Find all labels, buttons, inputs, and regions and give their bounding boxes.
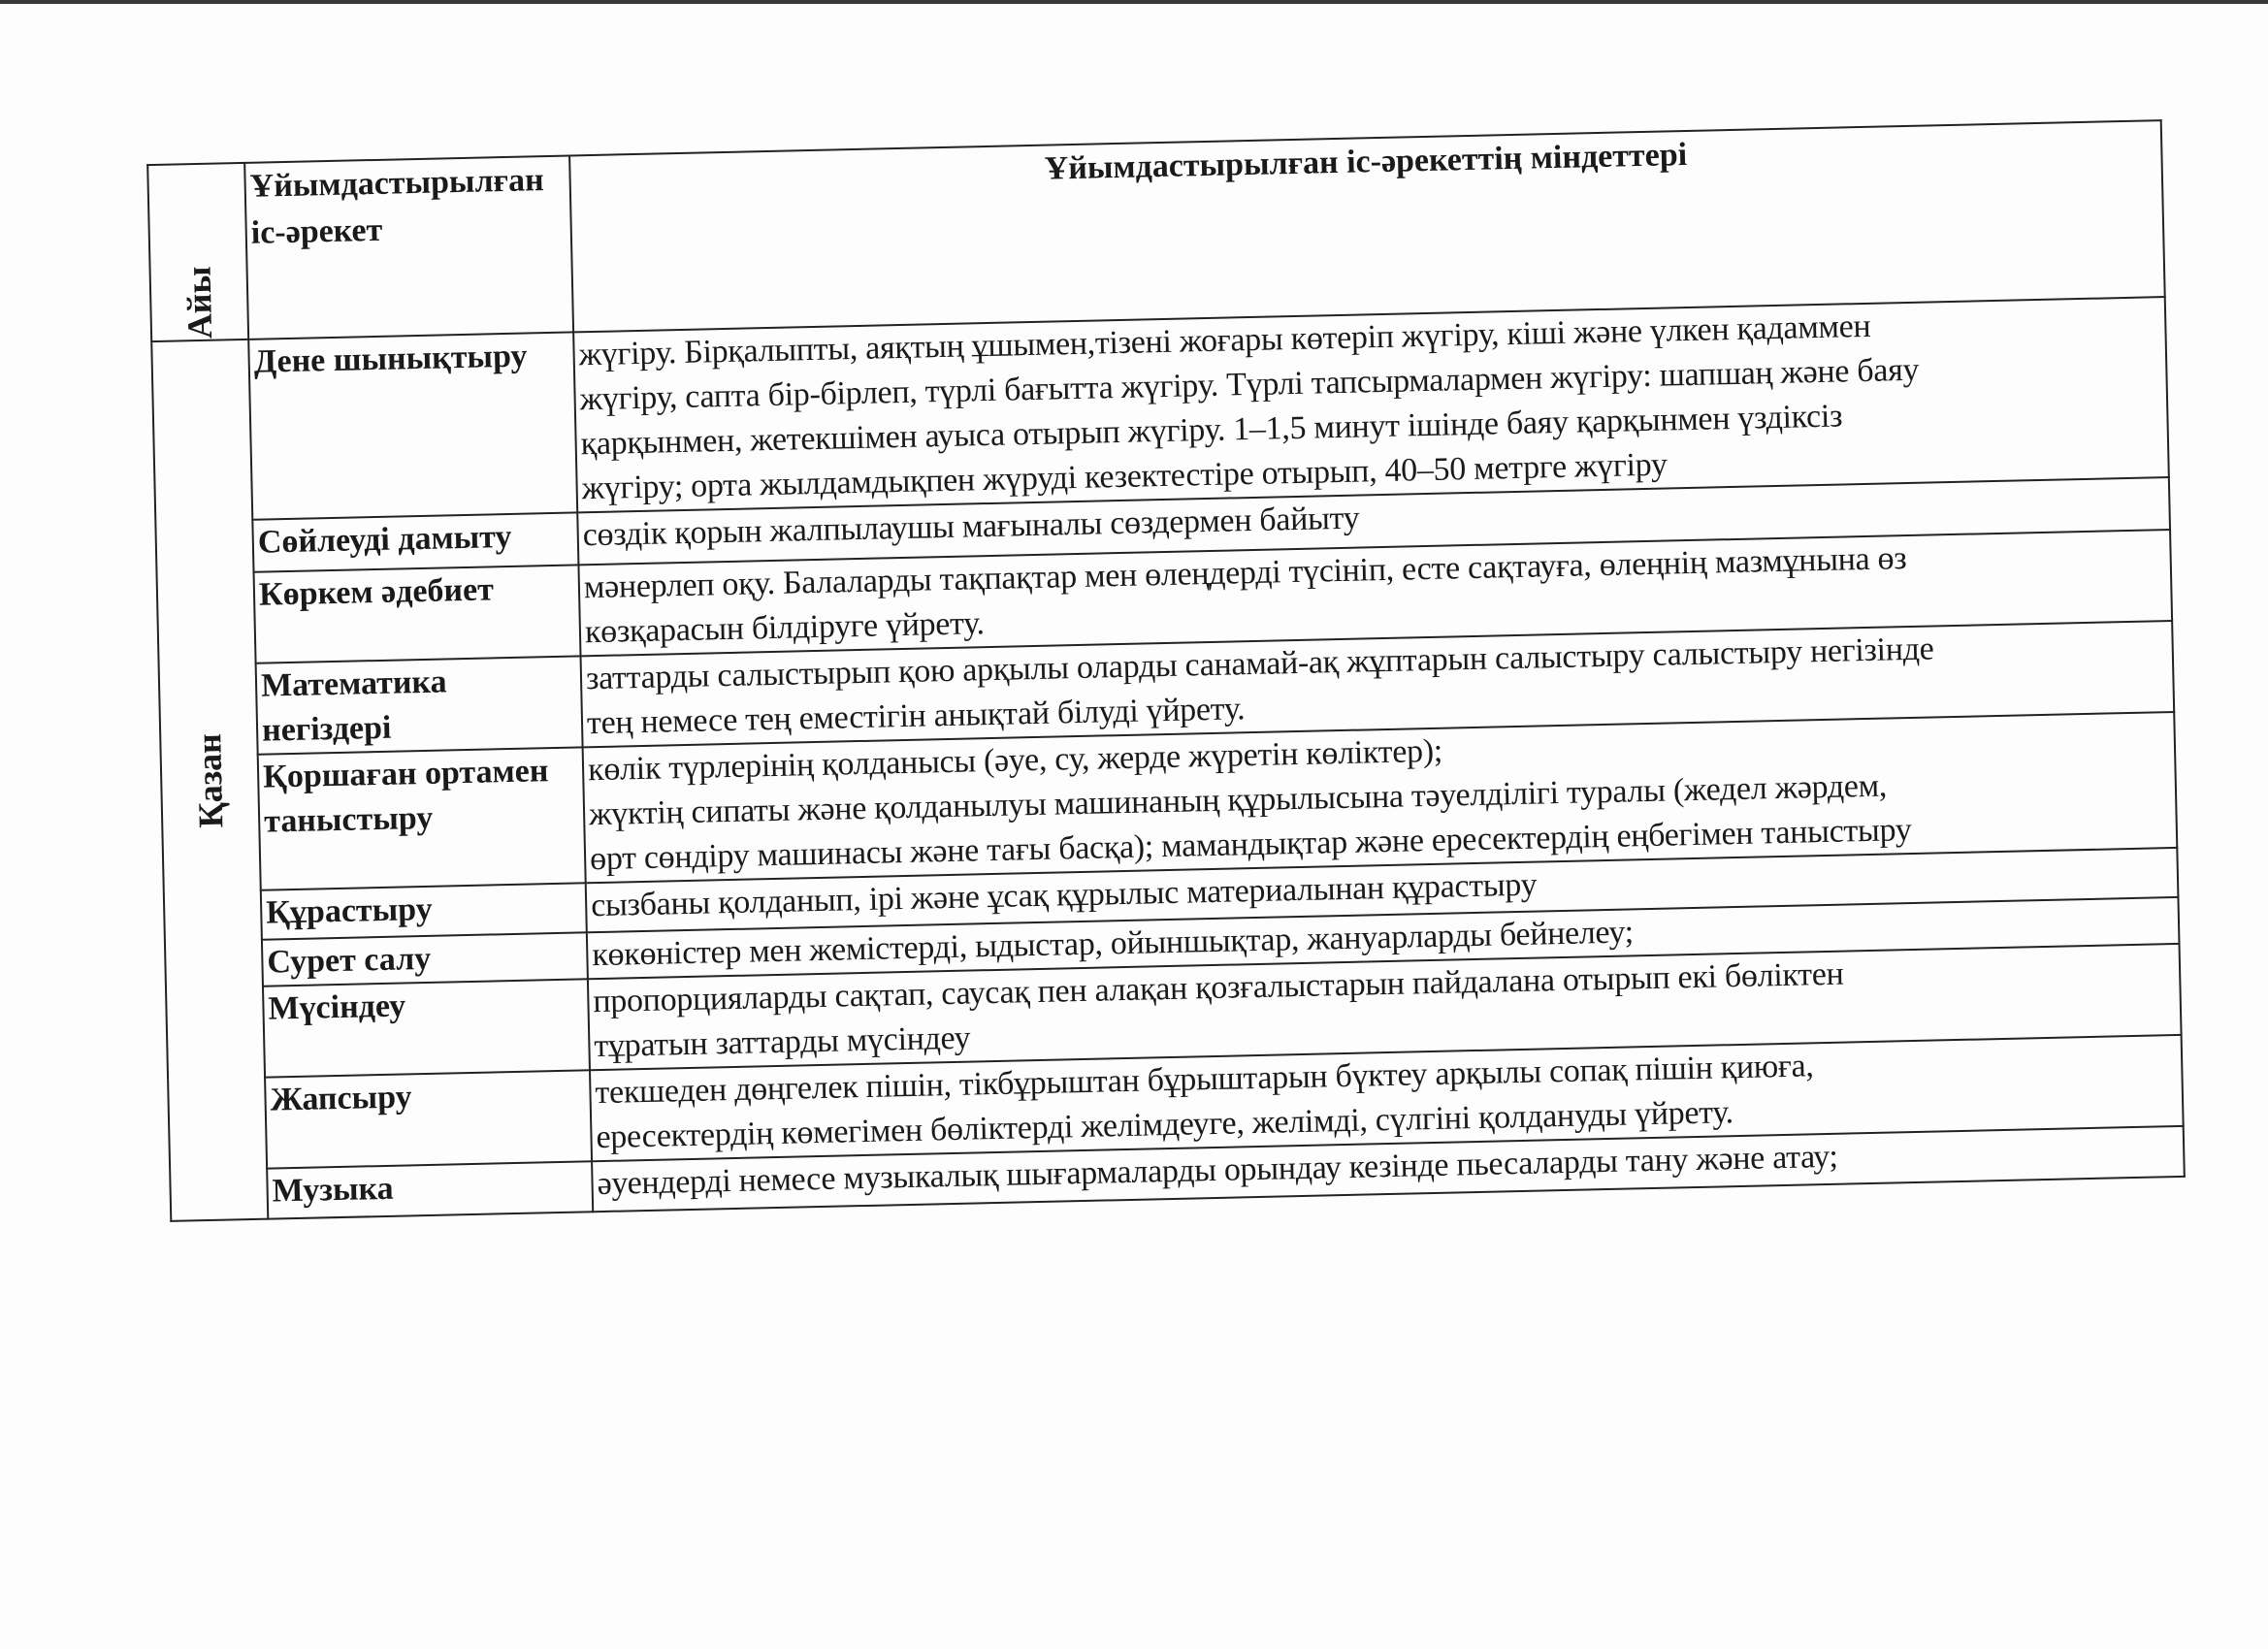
activity-name: Дене шынықтыру [248, 332, 577, 519]
activity-name: Мүсіндеу [263, 979, 590, 1077]
header-month: Айы [147, 163, 248, 341]
table-body: ҚазанДене шынықтыружүгіру. Бірқалыпты, а… [151, 297, 2185, 1221]
activity-name: Музыка [267, 1161, 593, 1218]
activity-name: Қоршаған ортамен таныстыру [258, 747, 586, 889]
month-label: Қазан [188, 732, 231, 827]
scan-edge [0, 0, 2268, 4]
activity-name: Сөйлеуді дамыту [252, 512, 578, 571]
activity-name: Математика негіздері [256, 656, 583, 754]
header-activity: Ұйымдастырылған іс-әрекет [244, 155, 573, 339]
document-page: Айы Ұйымдастырылған іс-әрекет Ұйымдастыр… [146, 119, 2186, 1222]
activity-name: Құрастыру [261, 883, 587, 939]
activity-tasks: жүгіру. Бірқалыпты, аяқтың ұшымен,тізені… [573, 297, 2169, 512]
header-tasks: Ұйымдастырылған іс-әрекеттің міндеттері [569, 120, 2165, 332]
activity-name: Көркем әдебиет [254, 565, 581, 663]
activity-name: Сурет салу [262, 932, 588, 986]
activity-name: Жапсыру [265, 1070, 592, 1168]
curriculum-table: Айы Ұйымдастырылған іс-әрекет Ұйымдастыр… [146, 119, 2186, 1222]
month-cell: Қазан [151, 339, 268, 1221]
